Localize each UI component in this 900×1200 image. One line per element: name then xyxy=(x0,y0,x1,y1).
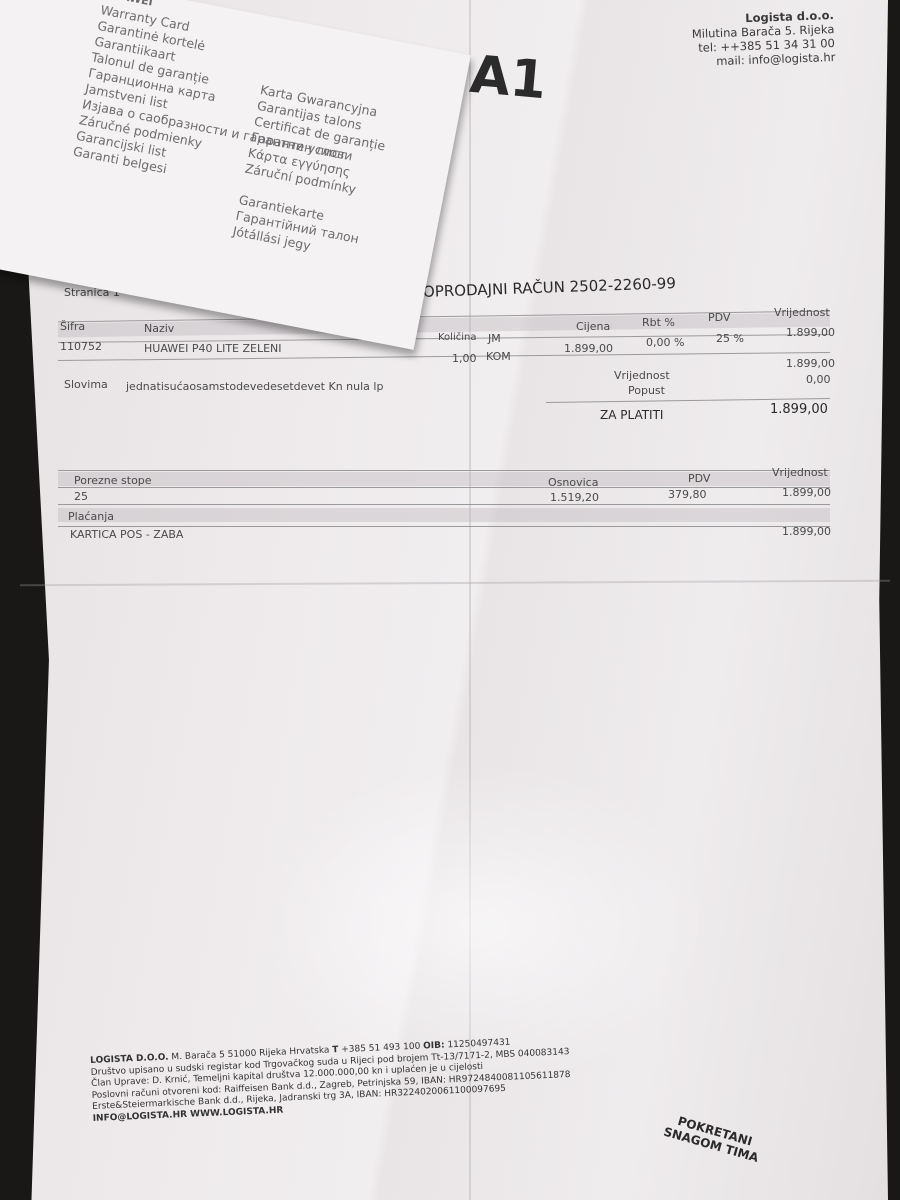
total-popust-label: Popust xyxy=(628,384,665,397)
col-pdv: PDV xyxy=(708,311,730,324)
company-header: Logista d.o.o. Milutina Barača 5. Rijeka… xyxy=(691,8,835,69)
divider xyxy=(58,470,830,471)
divider xyxy=(58,487,830,488)
slovima-label: Slovima xyxy=(64,378,108,391)
item-cijena: 1.899,00 xyxy=(564,342,613,355)
item-kolicina: 1,00 xyxy=(452,352,477,365)
item-sifra: 110752 xyxy=(60,340,102,353)
tax-osnovica: 1.519,20 xyxy=(550,491,599,504)
divider xyxy=(58,526,830,527)
za-platiti-value: 1.899,00 xyxy=(770,402,828,417)
col-jm: JM xyxy=(488,332,501,345)
total-vrijednost-label: Vrijednost xyxy=(614,369,670,382)
payment-method: KARTICA POS - ZABA xyxy=(70,528,183,541)
tax-col-pdv: PDV xyxy=(688,472,710,485)
item-pdv: 25 % xyxy=(716,332,744,345)
total-popust-value: 0,00 xyxy=(806,373,831,386)
payments-header: Plaćanja xyxy=(68,510,114,523)
col-kolicina: Količina xyxy=(438,332,476,343)
tax-pdv: 379,80 xyxy=(668,488,707,501)
payment-amount: 1.899,00 xyxy=(782,525,831,538)
footer-oib: 11250497431 xyxy=(444,1038,510,1051)
item-jm: KOM xyxy=(486,350,511,363)
col-naziv: Naziv xyxy=(144,322,174,335)
total-vrijednost-value: 1.899,00 xyxy=(786,357,835,370)
col-sifra: Šifra xyxy=(60,320,85,333)
payments-header-band xyxy=(58,508,830,522)
item-vrijednost: 1.899,00 xyxy=(786,326,835,339)
tax-header-band xyxy=(58,472,830,486)
col-cijena: Cijena xyxy=(576,320,610,333)
tax-stopa: 25 xyxy=(74,490,88,503)
tax-vrijednost: 1.899,00 xyxy=(782,486,831,499)
item-naziv: HUAWEI P40 LITE ZELENI xyxy=(144,342,282,355)
za-platiti-label: ZA PLATITI xyxy=(600,408,663,422)
tax-col-stope: Porezne stope xyxy=(74,474,152,487)
footer-oib-label: OIB: xyxy=(423,1041,445,1052)
a1-logo-fragment: A1 xyxy=(468,45,549,111)
footer-company: LOGISTA D.O.O. xyxy=(90,1053,169,1066)
col-vrijednost: Vrijednost xyxy=(774,306,830,319)
tax-col-vrijednost: Vrijednost xyxy=(772,466,828,479)
divider xyxy=(58,504,830,505)
item-rbt: 0,00 % xyxy=(646,336,684,349)
slovima-value: jednatisućaosamstodevedesetdevet Kn nula… xyxy=(126,380,383,393)
tax-col-osnovica: Osnovica xyxy=(548,476,598,489)
col-rbt: Rbt % xyxy=(642,316,675,329)
